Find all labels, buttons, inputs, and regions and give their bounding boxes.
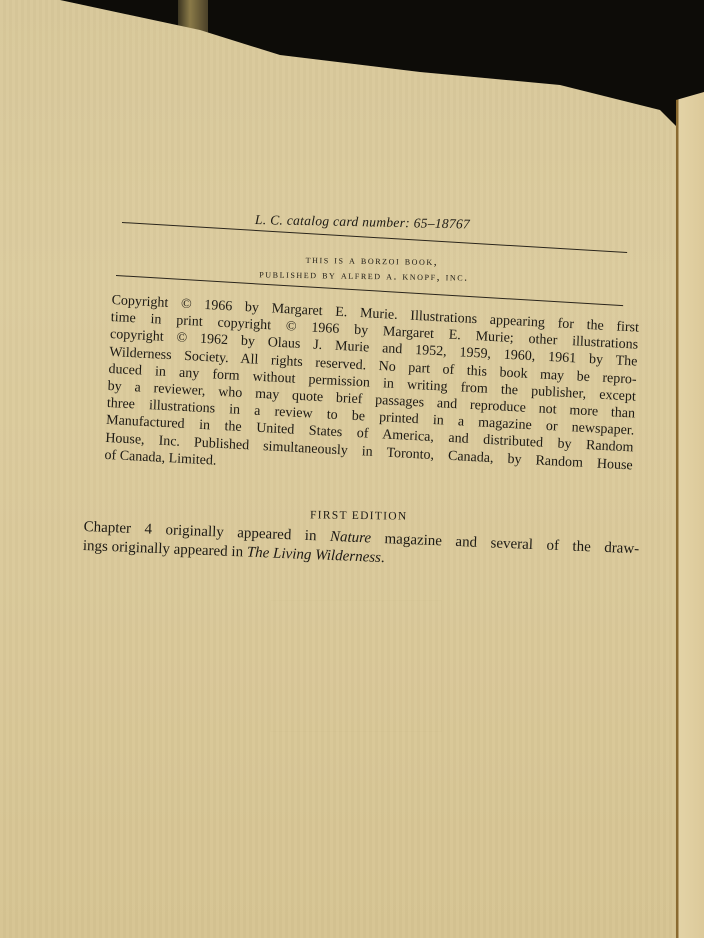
catalog-card-number: L. C. catalog card number: 65–18767 (255, 212, 470, 233)
publication-title: The Living Wilderness (247, 545, 382, 566)
copyright-notice: Copyright © 1966 by Margaret E. Murie. I… (104, 292, 639, 491)
page-content: L. C. catalog card number: 65–18767 THIS… (0, 0, 704, 938)
text: . (381, 550, 385, 566)
edition-label: FIRST EDITION (310, 509, 408, 522)
publication-title: Nature (330, 529, 372, 547)
chapter-note: Chapter 4 originally appeared in Nature … (82, 518, 639, 578)
show-through-illustration (270, 600, 442, 732)
